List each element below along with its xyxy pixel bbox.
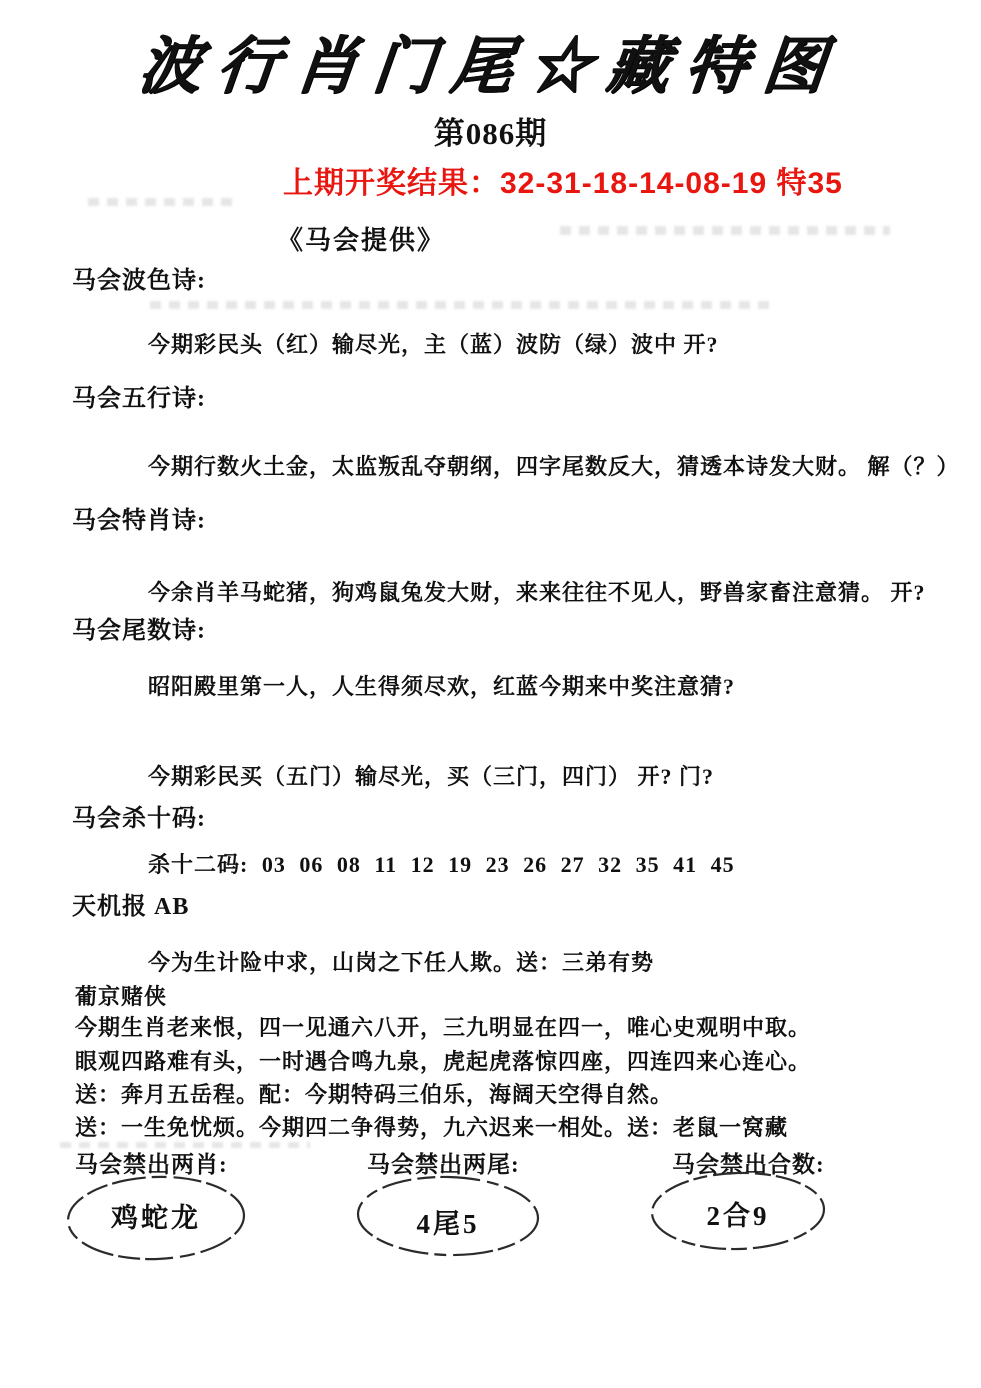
scanned-lottery-sheet: 波行肖门尾☆藏特图 第086期 上期开奖结果：32-31-18-14-08-19…: [0, 0, 981, 1388]
poem-line: 今为生计险中求，山岗之下任人欺。送：三弟有势: [148, 946, 654, 977]
pujing-line: 送：一生免忧烦。今期四二争得势，九六迟来一相处。送：老鼠一窝藏: [75, 1111, 788, 1142]
last-draw-result: 上期开奖结果：32-31-18-14-08-19 特35: [283, 158, 843, 202]
issue-number: 第086期: [0, 108, 981, 153]
scan-artifact: [560, 226, 890, 235]
section-heading-tianjibao: 天机报 AB: [72, 886, 189, 921]
pujing-line: 眼观四路难有头，一时遇合鸣九泉，虎起虎落惊四座，四连四来心连心。: [75, 1045, 811, 1076]
section-heading-bose: 马会波色诗:: [72, 260, 206, 295]
kill-codes-line: 杀十二码: 03 06 08 11 12 19 23 26 27 32 35 4…: [148, 848, 735, 879]
forbidden-tail-value: 4尾5: [358, 1202, 538, 1241]
scan-artifact: [60, 1142, 310, 1148]
section-heading-shashima: 马会杀十码:: [72, 798, 206, 833]
forbidden-zodiac-label: 马会禁出两肖:: [75, 1146, 228, 1179]
section-heading-texiao: 马会特肖诗:: [72, 500, 206, 535]
forbidden-sum-value: 2合9: [652, 1194, 824, 1233]
section-heading-weishu: 马会尾数诗:: [72, 610, 206, 645]
page-title: 波行肖门尾☆藏特图: [0, 16, 981, 105]
forbidden-sum-label: 马会禁出合数:: [672, 1146, 825, 1179]
pujing-heading: 葡京赌侠: [75, 980, 167, 1011]
poem-line: 今期彩民头（红）输尽光，主（蓝）波防（绿）波中 开?: [148, 328, 719, 359]
poem-line: 今期行数火土金，太监叛乱夺朝纲，四字尾数反大，猜透本诗发大财。 解（？）: [148, 450, 960, 481]
poem-line: 昭阳殿里第一人，人生得须尽欢，红蓝今期来中奖注意猜?: [148, 670, 735, 701]
scan-artifact: [88, 198, 238, 206]
poem-line: 今余肖羊马蛇猪，狗鸡鼠兔发大财，来来往往不见人，野兽家畜注意猜。 开?: [148, 576, 926, 607]
scan-artifact: [150, 301, 770, 309]
forbidden-zodiac-value: 鸡蛇龙: [68, 1196, 244, 1235]
pujing-line: 今期生肖老来恨，四一见通六八开，三九明显在四一，唯心史观明中取。: [75, 1011, 811, 1042]
forbidden-tail-label: 马会禁出两尾:: [367, 1146, 520, 1179]
section-heading-wuxing: 马会五行诗:: [72, 378, 206, 413]
poem-line: 今期彩民买（五门）输尽光，买（三门，四门） 开? 门?: [148, 760, 714, 791]
provider-note: 《马会提供》: [277, 220, 445, 257]
pujing-line: 送：奔月五岳程。配：今期特码三伯乐，海阔天空得自然。: [75, 1078, 673, 1109]
